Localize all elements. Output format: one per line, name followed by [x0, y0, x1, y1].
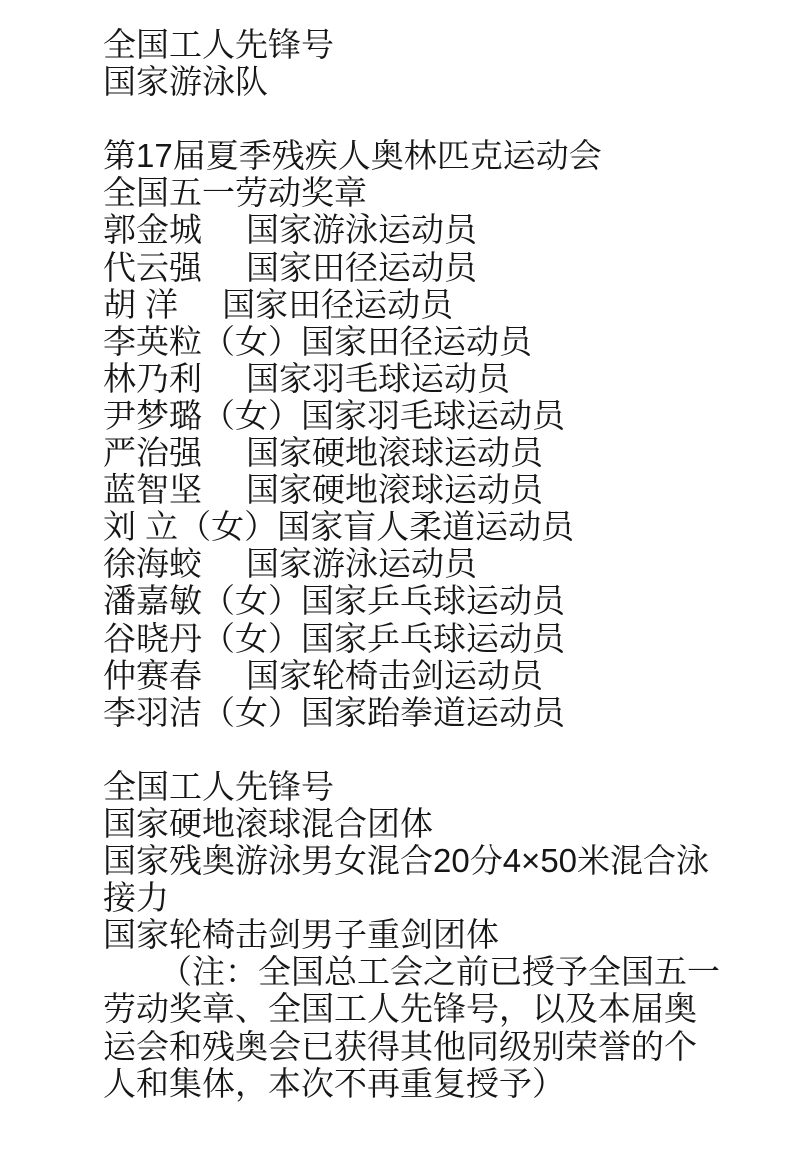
athlete-name: 严治强 — [103, 434, 202, 471]
athlete-name: 仲赛春 — [103, 657, 202, 694]
athlete-row: 胡 洋国家田径运动员 — [103, 286, 744, 323]
athlete-role: 国家羽毛球运动员 — [246, 360, 510, 397]
athlete-gender-label: （女） — [202, 323, 301, 360]
athlete-name: 尹梦璐 — [103, 397, 202, 434]
athlete-name: 蓝智坚 — [103, 471, 202, 508]
athlete-role: 国家硬地滚球运动员 — [246, 471, 543, 508]
blank-line — [103, 100, 744, 137]
athlete-gender-label: （女） — [202, 694, 301, 731]
athlete-row: 代云强国家田径运动员 — [103, 249, 744, 286]
athlete-name: 李英粒 — [103, 323, 202, 360]
note-line: 劳动奖章、全国工人先锋号，以及本届奥 — [103, 990, 744, 1027]
document-page: 全国工人先锋号 国家游泳队 第17届夏季残疾人奥林匹克运动会 全国五一劳动奖章 … — [0, 0, 800, 1102]
athlete-row: 谷晓丹（女）国家乒乓球运动员 — [103, 620, 744, 657]
header-award-line: 全国工人先锋号 — [103, 26, 744, 63]
athlete-name: 代云强 — [103, 249, 202, 286]
athlete-row: 潘嘉敏（女）国家乒乓球运动员 — [103, 582, 744, 619]
athlete-name: 李羽洁 — [103, 694, 202, 731]
athlete-role: 国家游泳运动员 — [246, 211, 477, 248]
collective-line: 国家硬地滚球混合团体 — [103, 805, 744, 842]
athlete-name: 郭金城 — [103, 211, 202, 248]
athlete-name: 徐海蛟 — [103, 545, 202, 582]
athlete-role: 国家乒乓球运动员 — [301, 582, 565, 619]
header-team-line: 国家游泳队 — [103, 63, 744, 100]
athlete-role: 国家田径运动员 — [246, 249, 477, 286]
collective-line: 国家轮椅击剑男子重剑团体 — [103, 916, 744, 953]
athlete-row: 林乃利国家羽毛球运动员 — [103, 360, 744, 397]
athlete-row: 刘 立（女）国家盲人柔道运动员 — [103, 508, 744, 545]
athlete-name: 林乃利 — [103, 360, 202, 397]
note-line: 运会和残奥会已获得其他同级别荣誉的个 — [103, 1028, 744, 1065]
athlete-role: 国家田径运动员 — [222, 286, 453, 323]
medal-award-title: 全国五一劳动奖章 — [103, 174, 744, 211]
event-title: 第17届夏季残疾人奥林匹克运动会 — [103, 137, 744, 174]
athlete-row: 仲赛春国家轮椅击剑运动员 — [103, 657, 744, 694]
note-line: （注：全国总工会之前已授予全国五一 — [103, 953, 744, 990]
athlete-row: 蓝智坚国家硬地滚球运动员 — [103, 471, 744, 508]
athlete-row: 严治强国家硬地滚球运动员 — [103, 434, 744, 471]
athlete-name: 刘 立 — [103, 508, 178, 545]
athlete-role: 国家乒乓球运动员 — [301, 620, 565, 657]
athlete-gender-label: （女） — [202, 582, 301, 619]
collective-line: 国家残奥游泳男女混合20分4×50米混合泳 — [103, 842, 744, 879]
athlete-gender-label: （女） — [178, 508, 277, 545]
note-line: 人和集体，本次不再重复授予） — [103, 1065, 744, 1102]
athlete-row: 郭金城国家游泳运动员 — [103, 211, 744, 248]
blank-line — [103, 731, 744, 768]
collective-line: 接力 — [103, 879, 744, 916]
pioneer-award-title: 全国工人先锋号 — [103, 768, 744, 805]
athlete-role: 国家硬地滚球运动员 — [246, 434, 543, 471]
athlete-role: 国家游泳运动员 — [246, 545, 477, 582]
athlete-role: 国家盲人柔道运动员 — [277, 508, 574, 545]
athlete-role: 国家田径运动员 — [301, 323, 532, 360]
athlete-name: 谷晓丹 — [103, 620, 202, 657]
athlete-row: 李英粒（女）国家田径运动员 — [103, 323, 744, 360]
athlete-role: 国家羽毛球运动员 — [301, 397, 565, 434]
athlete-row: 徐海蛟国家游泳运动员 — [103, 545, 744, 582]
athlete-row: 尹梦璐（女）国家羽毛球运动员 — [103, 397, 744, 434]
athlete-gender-label: （女） — [202, 397, 301, 434]
athlete-name: 胡 洋 — [103, 286, 178, 323]
athlete-role: 国家跆拳道运动员 — [301, 694, 565, 731]
athlete-gender-label: （女） — [202, 620, 301, 657]
note-paragraph: （注：全国总工会之前已授予全国五一劳动奖章、全国工人先锋号，以及本届奥运会和残奥… — [103, 953, 744, 1101]
athlete-list: 郭金城国家游泳运动员 代云强国家田径运动员 胡 洋国家田径运动员 李英粒（女）国… — [103, 211, 744, 730]
athlete-role: 国家轮椅击剑运动员 — [246, 657, 543, 694]
collective-list: 国家硬地滚球混合团体国家残奥游泳男女混合20分4×50米混合泳接力国家轮椅击剑男… — [103, 805, 744, 953]
athlete-row: 李羽洁（女）国家跆拳道运动员 — [103, 694, 744, 731]
athlete-name: 潘嘉敏 — [103, 582, 202, 619]
